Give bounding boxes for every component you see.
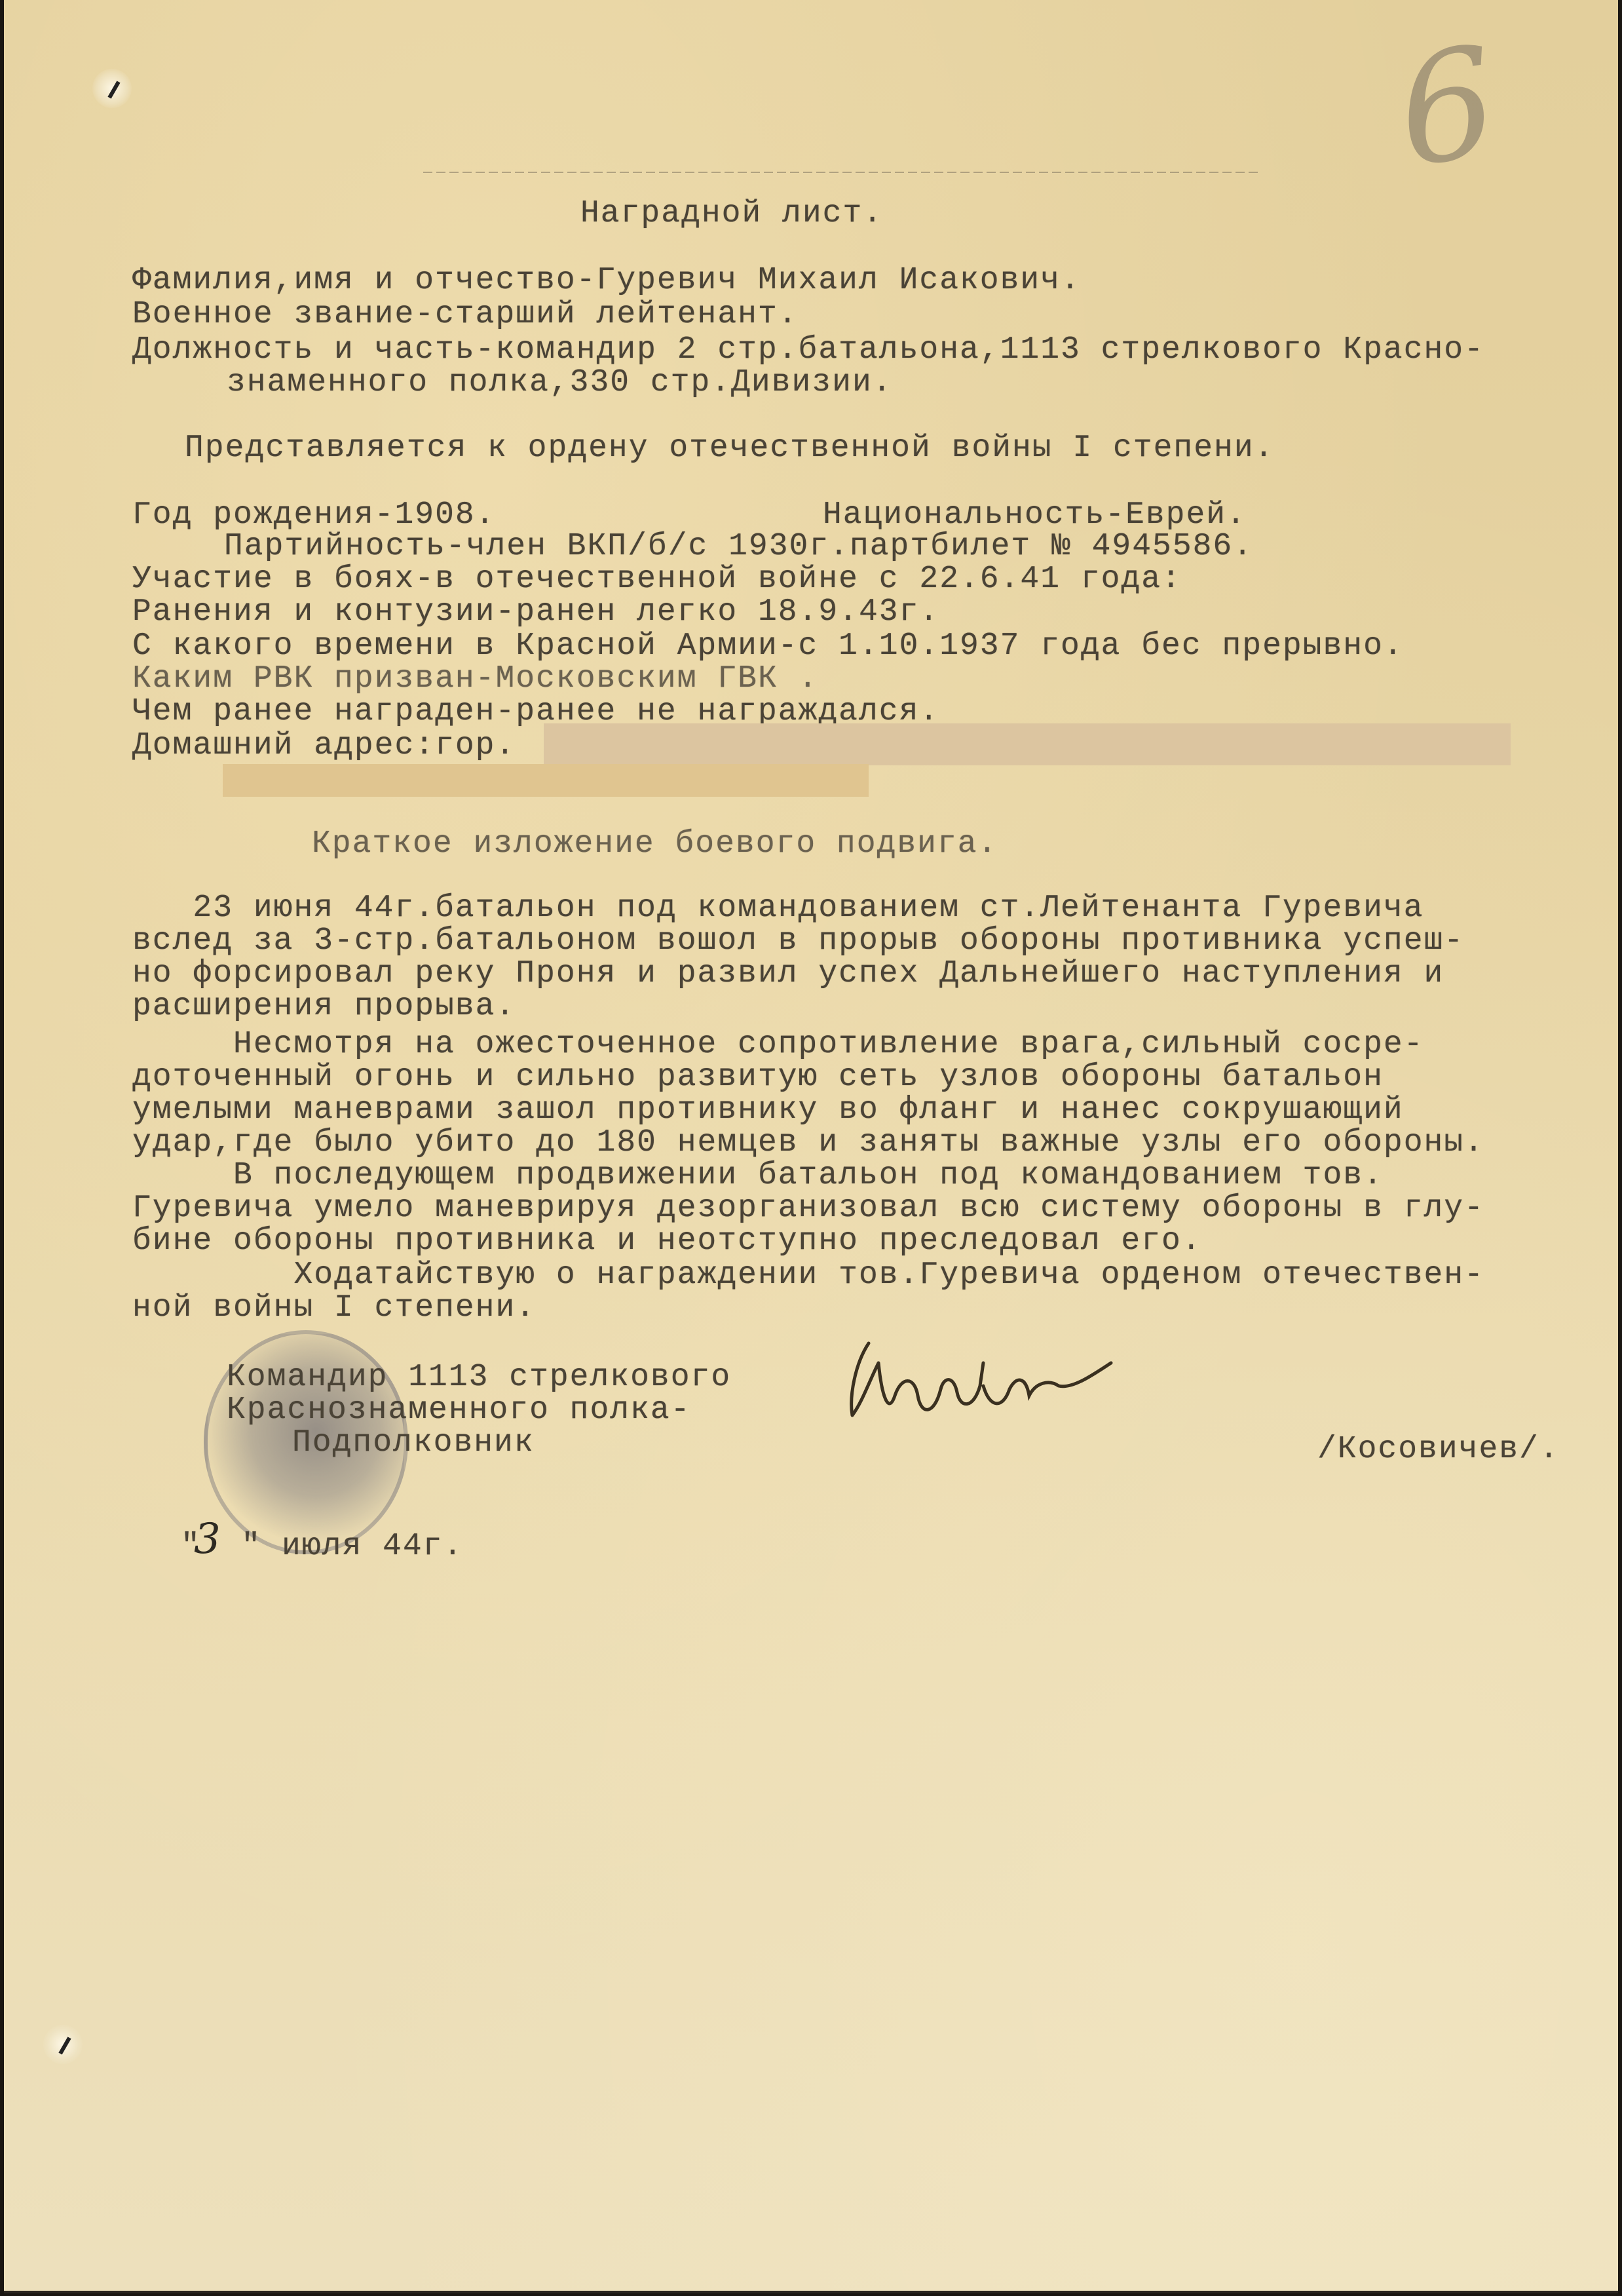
signer-name: /Косовичев/.: [1317, 1434, 1560, 1465]
feat-line: ной войны I степени.: [132, 1292, 536, 1324]
field-wounds: Ранения и контузии-ранен легко 18.9.43г.: [132, 596, 939, 628]
redacted-address-line2: [223, 764, 869, 797]
feat-line: В последующем продвижении батальон под к…: [132, 1160, 1384, 1191]
field-full-name: Фамилия,имя и отчество-Гуревич Михаил Ис…: [132, 265, 1081, 296]
field-in-red-army-since: С какого времени в Красной Армии-с 1.10.…: [132, 630, 1404, 662]
signer-title-line2: Краснознаменного полка-: [227, 1394, 691, 1426]
punch-hole-top: [92, 69, 132, 108]
field-position-line1: Должность и часть-командир 2 стр.батальо…: [132, 334, 1484, 366]
field-party: Партийность-член ВКП/б/с 1930г.партбилет…: [224, 531, 1253, 562]
signer-title-line1: Командир 1113 стрелкового: [227, 1362, 731, 1393]
feat-line: вслед за 3-стр.батальоном вошол в прорыв…: [132, 925, 1464, 957]
punch-hole-bottom: [43, 2025, 83, 2064]
faded-header-rule: [423, 172, 1262, 173]
award-sheet-page: 6 Наградной лист. Фамилия,имя и отчество…: [4, 0, 1618, 2293]
field-position-line2: знаменного полка,330 стр.Дивизии.: [227, 367, 893, 398]
signer-title-line3: Подполковник: [292, 1427, 535, 1459]
feat-line: удар,где было убито до 180 немцев и заня…: [132, 1127, 1484, 1158]
feat-line: Несмотря на ожесточенное сопротивление в…: [132, 1029, 1424, 1060]
feat-line: Гуревича умело маневрируя дезорганизовал…: [132, 1193, 1484, 1224]
field-rank: Военное звание-старший лейтенант.: [132, 299, 799, 330]
field-previous-awards: Чем ранее награден-ранее не награждался.: [132, 696, 939, 727]
feat-line: Ходатайствую о награждении тов.Гуревича …: [132, 1259, 1484, 1291]
field-combat-participation: Участие в боях-в отечественной войне с 2…: [132, 564, 1182, 595]
feat-line: 23 июня 44г.батальон под командованием с…: [132, 892, 1424, 924]
feat-line: доточенный огонь и сильно развитую сеть …: [132, 1062, 1384, 1093]
redacted-address-line1: [544, 723, 1511, 765]
field-home-address-label: Домашний адрес:гор.: [132, 730, 516, 761]
field-nationality: Национальность-Еврей.: [823, 499, 1247, 531]
archive-page-number: 6: [1389, 27, 1505, 189]
field-nominated: Представляется к ордену отечественной во…: [185, 432, 1274, 464]
date-text: " " июля 44г.: [181, 1531, 463, 1562]
feat-line: бине обороны противника и неотступно пре…: [132, 1225, 1202, 1257]
feat-line: умелыми маневрами зашол противнику во фл…: [132, 1094, 1404, 1126]
document-title: Наградной лист.: [580, 198, 883, 229]
field-drafted-by: Каким РВК призван-Московским ГВК .: [132, 663, 818, 695]
handwritten-signature: [842, 1324, 1118, 1442]
feat-line: расширения прорыва.: [132, 991, 516, 1022]
field-birth-year: Год рождения-1908.: [132, 499, 495, 531]
feat-heading: Краткое изложение боевого подвига.: [312, 828, 998, 860]
feat-line: но форсировал реку Проня и развил успех …: [132, 958, 1444, 989]
